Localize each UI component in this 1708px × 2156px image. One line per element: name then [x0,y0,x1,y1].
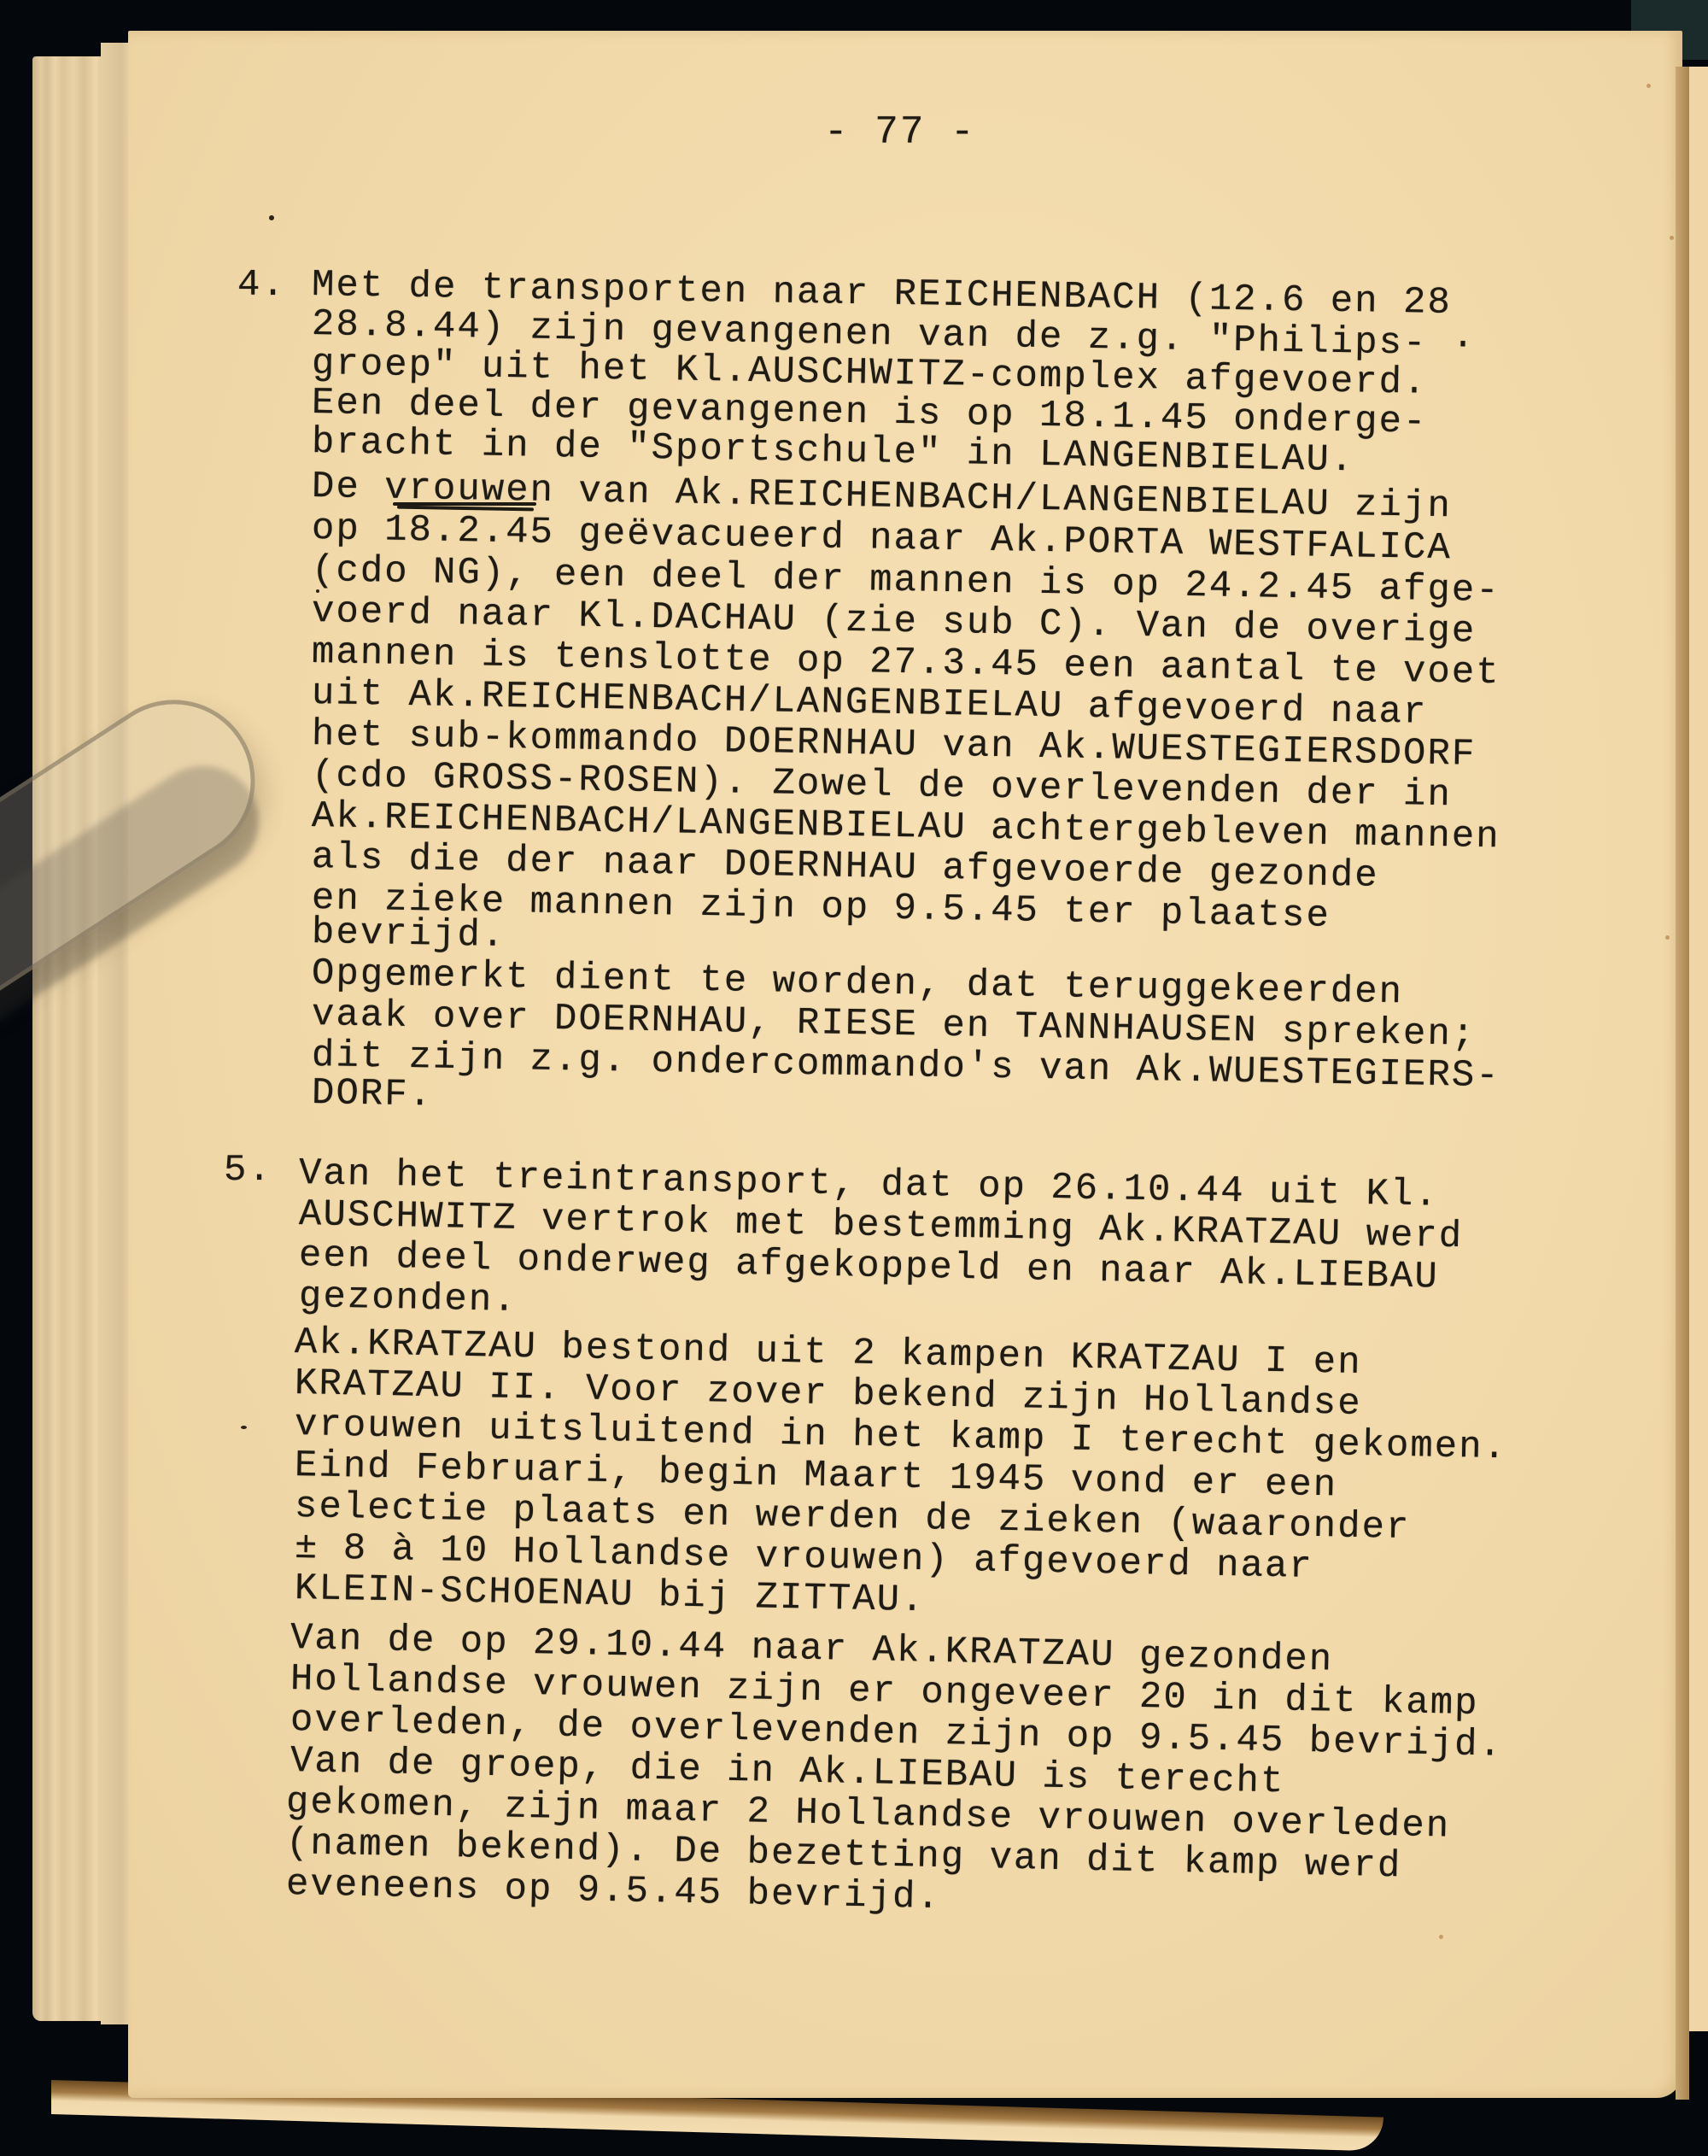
paper-speck [1439,1935,1443,1939]
gutter-shadow [1676,67,1689,2100]
text-line: bevrijd. [312,914,506,955]
paper-speck [1665,935,1670,940]
paper-speck [1670,236,1674,240]
section-number-5: 5. [224,1151,272,1189]
page-number: - 77 - [824,113,976,152]
next-page-edge [1689,67,1708,2031]
scanned-book-spread: - 77 - 4. Met de transporten naar REICHE… [0,0,1708,2156]
stray-ink-mark [241,1426,247,1429]
section-number-4: 4. [237,267,286,304]
text-line: gezonden. [299,1278,518,1320]
text-line: DORF. [312,1075,434,1114]
paper-speck [1647,84,1651,88]
stray-ink-mark [269,215,274,220]
